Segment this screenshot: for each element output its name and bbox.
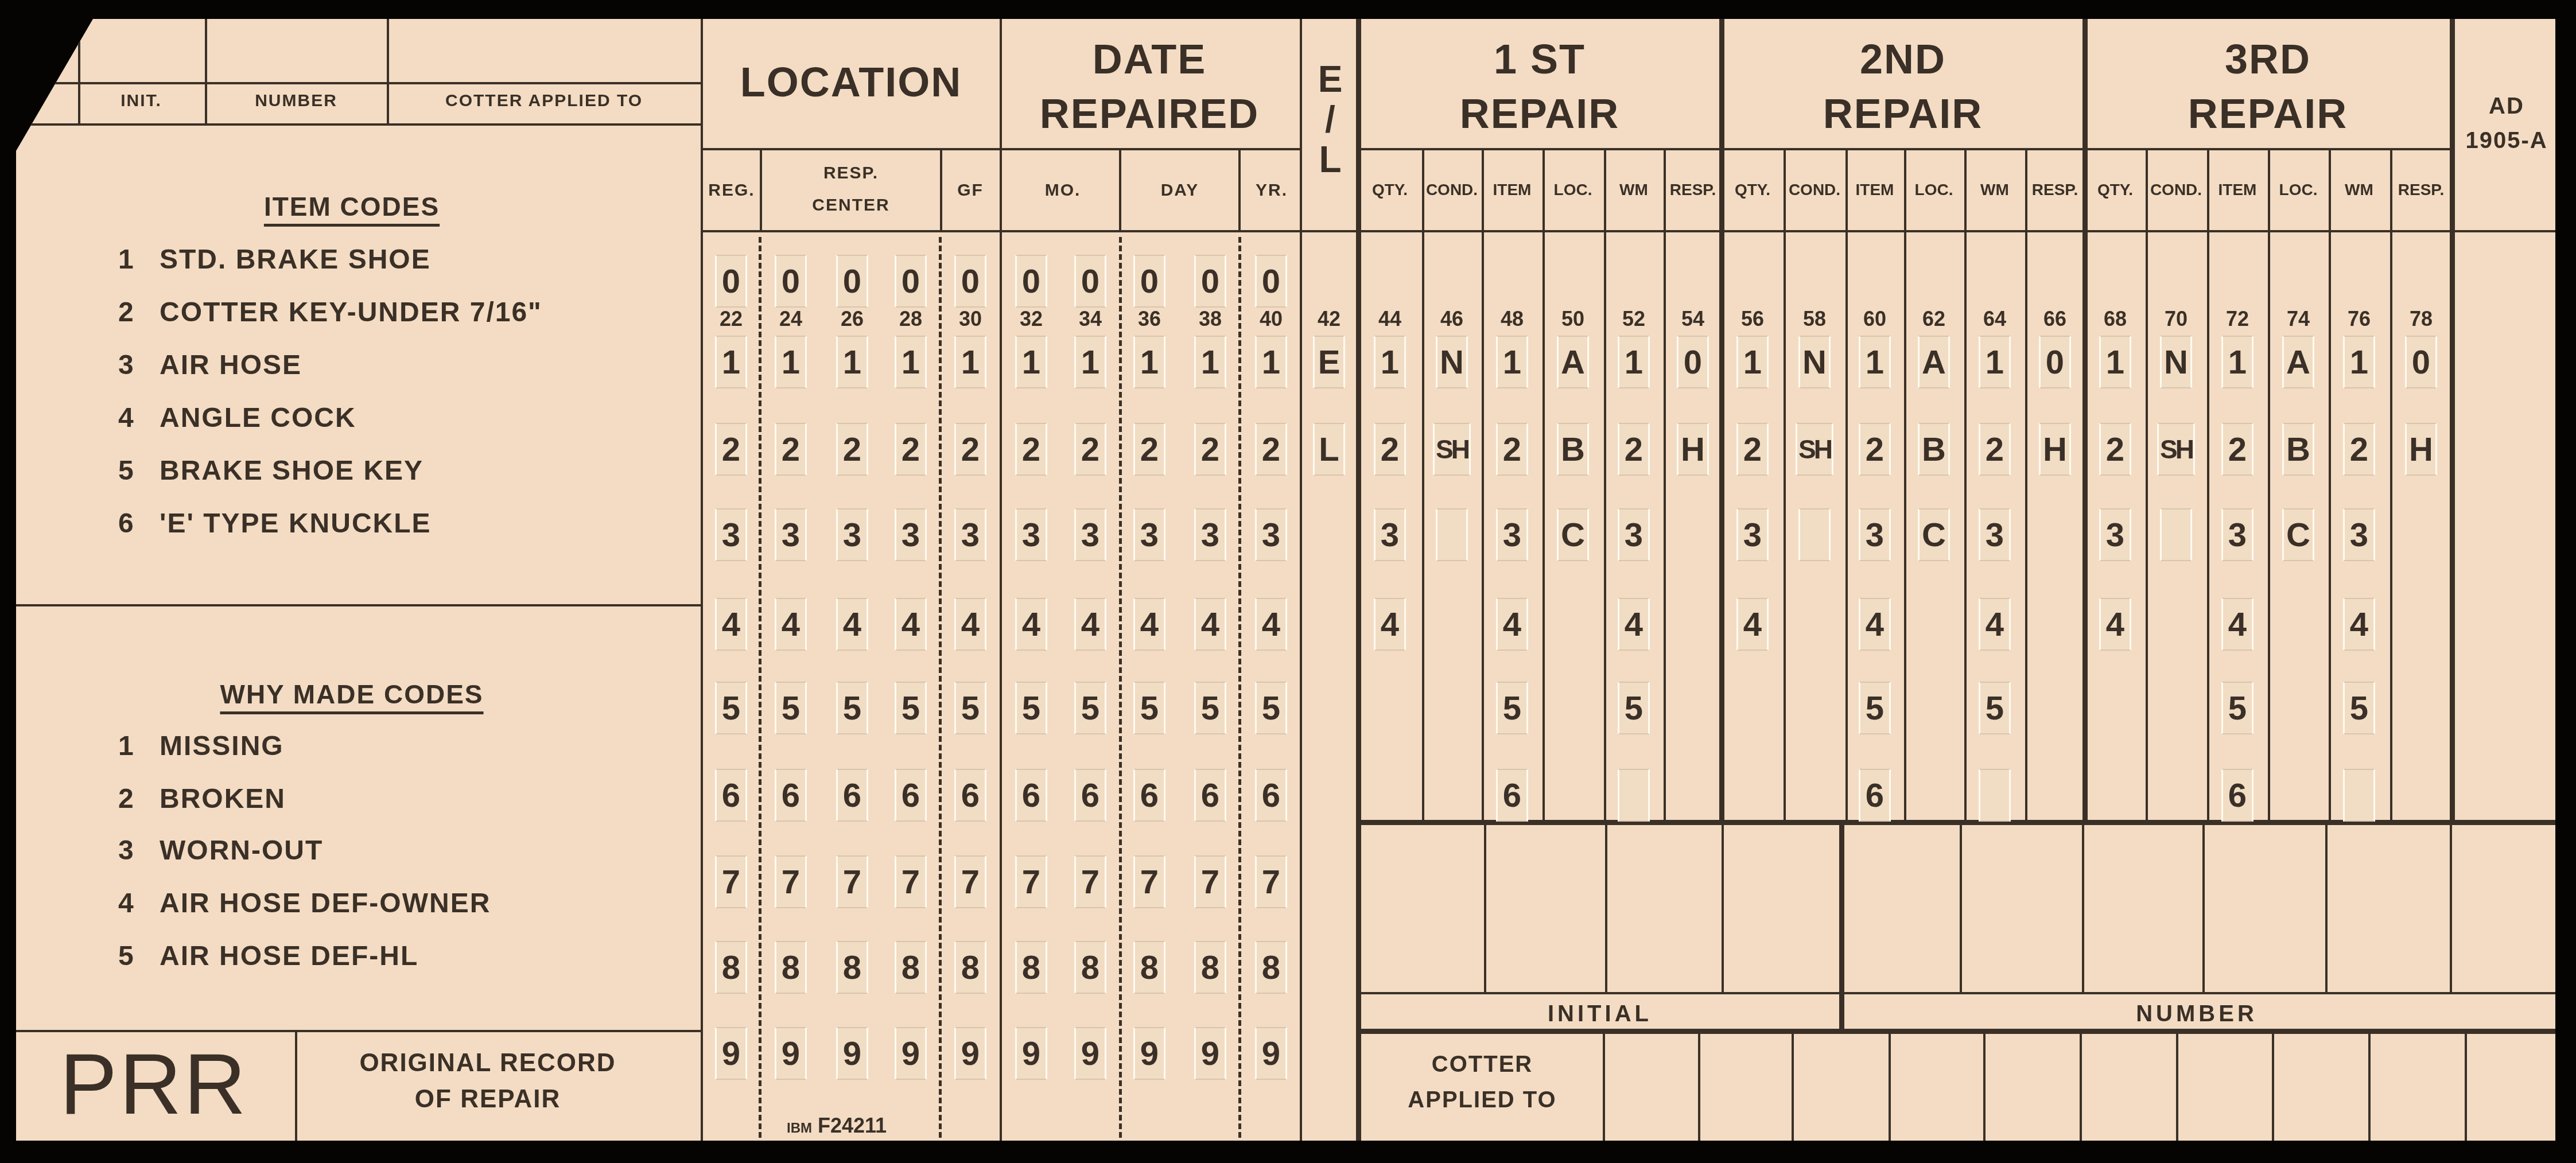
- punch-position: H: [2039, 423, 2071, 476]
- punch-position: [1979, 769, 2011, 822]
- column-number: 36: [1138, 307, 1161, 331]
- punch-position: 5: [2343, 682, 2375, 734]
- punch-position: 5: [2221, 682, 2253, 734]
- item-code-row: 5BRAKE SHOE KEY: [118, 455, 423, 487]
- repair-column-header: QTY.: [1372, 181, 1408, 199]
- gf-label: GF: [957, 181, 984, 200]
- cotter-section-top-line: [1359, 1029, 2555, 1034]
- punch-position: 3: [1133, 508, 1165, 561]
- why-made-codes-title: WHY MADE CODES: [220, 679, 483, 710]
- punch-position: A: [2282, 336, 2314, 388]
- punch-position: 1: [1859, 336, 1891, 388]
- initial-label: INITIAL: [1548, 1001, 1652, 1027]
- punch-position: 1: [954, 336, 986, 388]
- why-made-code-row: 3WORN-OUT: [118, 835, 323, 866]
- punch-position: 4: [1496, 598, 1528, 651]
- column-number: 78: [2410, 307, 2433, 331]
- punch-position: 5: [1859, 682, 1891, 734]
- cotter-header-label: COTTER APPLIED TO: [445, 91, 643, 111]
- repair-1-2-divider: [1719, 19, 1724, 822]
- punch-position: 5: [954, 682, 986, 734]
- punch-position: 5: [1194, 682, 1226, 734]
- repair-column-header: LOC.: [1915, 181, 1953, 199]
- column-number: 26: [841, 307, 864, 331]
- punch-position: 2: [1194, 423, 1226, 476]
- railroad-logo: PRR: [60, 1034, 248, 1134]
- repair-column-divider: [1482, 148, 1484, 821]
- repair-column-divider: [1784, 148, 1786, 821]
- reg-divider: [760, 148, 762, 231]
- punch-position: 4: [1015, 598, 1047, 651]
- punch-position: 2: [715, 423, 747, 476]
- punch-position: L: [1313, 423, 1345, 476]
- punch-position: 3: [1015, 508, 1047, 561]
- punch-position: 2: [775, 423, 807, 476]
- punch-position: 1: [715, 336, 747, 388]
- cotter-cell-divider: [2176, 1033, 2178, 1141]
- day-label: DAY: [1161, 181, 1199, 200]
- repair-column-divider: [1604, 148, 1606, 821]
- punch-position: 3: [2099, 508, 2131, 561]
- repair-column-divider: [1422, 148, 1424, 821]
- repair-column-header: RESP.: [2032, 181, 2078, 199]
- column-number: 32: [1020, 307, 1043, 331]
- initial-number-divider: [1839, 822, 1844, 1033]
- punch-position: 8: [1015, 941, 1047, 994]
- punch-position: 8: [1074, 941, 1106, 994]
- punch-position: 0: [1677, 336, 1709, 388]
- punch-position: 0: [775, 255, 807, 308]
- punch-position: B: [1557, 423, 1589, 476]
- repair-column-divider: [2025, 148, 2027, 821]
- punch-position: 7: [715, 855, 747, 908]
- punch-position: 9: [836, 1027, 868, 1080]
- punch-position: 4: [1374, 598, 1406, 651]
- punch-position: 4: [895, 598, 927, 651]
- punch-position: H: [1677, 423, 1709, 476]
- record-title-line1: ORIGINAL RECORD: [359, 1049, 616, 1078]
- punch-position: 1: [2221, 336, 2253, 388]
- punch-position: 7: [1133, 855, 1165, 908]
- location-title: LOCATION: [740, 59, 962, 106]
- number-label: NUMBER: [2136, 1001, 2258, 1027]
- item-code-row: 2COTTER KEY-UNDER 7/16": [118, 297, 542, 328]
- punch-position: 1: [1194, 336, 1226, 388]
- punch-position: 4: [1255, 598, 1287, 651]
- punch-position: 9: [1133, 1027, 1165, 1080]
- repair-column-header: QTY.: [1735, 181, 1770, 199]
- printer-mark: IBM F24211: [787, 1114, 887, 1138]
- repair-column-divider: [1964, 148, 1967, 821]
- punch-position: 0: [1255, 255, 1287, 308]
- punch-position: 9: [895, 1027, 927, 1080]
- punch-position: 3: [1374, 508, 1406, 561]
- punch-position: 4: [1979, 598, 2011, 651]
- reg-dash-separator: [759, 237, 761, 1138]
- column-number: 24: [779, 307, 802, 331]
- repair-2-title-line1: 2ND: [1860, 36, 1946, 83]
- punch-position: 4: [1074, 598, 1106, 651]
- repair-column-header: ITEM: [1856, 181, 1894, 199]
- punch-position: 0: [1133, 255, 1165, 308]
- item-code-row: 4ANGLE COCK: [118, 402, 356, 434]
- cotter-cell-divider: [1603, 1033, 1605, 1141]
- punch-position: 6: [1015, 769, 1047, 822]
- left-panel-border: [701, 19, 703, 1141]
- why-made-code-row: 2BROKEN: [118, 783, 286, 815]
- repair-column-header: RESP.: [2398, 181, 2444, 199]
- column-number: 66: [2043, 307, 2066, 331]
- punch-position: 3: [1496, 508, 1528, 561]
- column-number: 42: [1318, 307, 1341, 331]
- punch-position: 2: [1074, 423, 1106, 476]
- punch-position: 1: [895, 336, 927, 388]
- punch-position: 3: [2221, 508, 2253, 561]
- punch-position: 3: [715, 508, 747, 561]
- punch-position: 3: [1618, 508, 1650, 561]
- punch-position: 6: [2221, 769, 2253, 822]
- punch-position: 8: [895, 941, 927, 994]
- repair-2-3-divider: [2082, 19, 2088, 822]
- punch-position: 2: [1859, 423, 1891, 476]
- initial-number-label-top: [1359, 992, 2555, 994]
- punch-position: 2: [1255, 423, 1287, 476]
- punch-position: 7: [895, 855, 927, 908]
- punch-position: 3: [775, 508, 807, 561]
- punch-position: 3: [836, 508, 868, 561]
- why-made-code-row: 5AIR HOSE DEF-HL: [118, 940, 418, 972]
- cotter-label-line2: APPLIED TO: [1408, 1087, 1556, 1113]
- cotter-divider: [387, 19, 389, 125]
- cotter-cell-divider: [2080, 1033, 2082, 1141]
- punch-position: 6: [836, 769, 868, 822]
- punch-position: [1798, 508, 1831, 561]
- cotter-cell-divider: [1792, 1033, 1794, 1141]
- repair-column-header: WM: [2345, 181, 2373, 199]
- punch-position: 8: [775, 941, 807, 994]
- item-code-row: 6'E' TYPE KNUCKLE: [118, 508, 432, 539]
- column-number: 70: [2165, 307, 2188, 331]
- punch-position: 2: [895, 423, 927, 476]
- punch-position: 5: [1979, 682, 2011, 734]
- punch-position: 6: [1074, 769, 1106, 822]
- punch-position: [1436, 508, 1468, 561]
- init-header-label: INIT.: [121, 91, 162, 111]
- column-header-bottom-line: [702, 230, 2555, 232]
- repair-column-header: ITEM: [2218, 181, 2257, 199]
- punch-position: 2: [2221, 423, 2253, 476]
- column-number: 64: [1983, 307, 2006, 331]
- punch-position: 2: [836, 423, 868, 476]
- resp-label: RESP.: [823, 164, 879, 183]
- punch-position: N: [2160, 336, 2192, 388]
- punch-position: 7: [1015, 855, 1047, 908]
- number-header-label: NUMBER: [255, 91, 337, 111]
- punch-position: 1: [836, 336, 868, 388]
- punch-position: 9: [775, 1027, 807, 1080]
- punch-position: 4: [715, 598, 747, 651]
- center-label: CENTER: [812, 196, 889, 215]
- repair-column-divider: [1543, 148, 1545, 821]
- punch-position: B: [1918, 423, 1950, 476]
- punch-position: 6: [1194, 769, 1226, 822]
- punch-position: 1: [1736, 336, 1769, 388]
- prr-top-line: [16, 1030, 703, 1032]
- cotter-cell-divider: [2272, 1033, 2274, 1141]
- form-code-label: 1905-A: [2465, 128, 2547, 154]
- punch-position: C: [2282, 508, 2314, 561]
- column-number: 48: [1501, 307, 1524, 331]
- resp-divider: [940, 148, 942, 231]
- column-number: 38: [1199, 307, 1222, 331]
- mo-divider: [1119, 148, 1121, 231]
- item-codes-title: ITEM CODES: [264, 191, 440, 222]
- punch-position: N: [1798, 336, 1831, 388]
- repair-column-divider: [2268, 148, 2270, 821]
- punch-position: 9: [1015, 1027, 1047, 1080]
- punch-position: 4: [1618, 598, 1650, 651]
- repair-3-title-line1: 3RD: [2225, 36, 2311, 83]
- el-letter-l: L: [1313, 139, 1347, 180]
- repair-column-divider: [2207, 148, 2209, 821]
- column-number: 60: [1863, 307, 1886, 331]
- punch-position: 9: [1255, 1027, 1287, 1080]
- punch-position: 0: [1194, 255, 1226, 308]
- punch-position: [1618, 769, 1650, 822]
- repair-2-title-line2: REPAIR: [1823, 91, 1983, 138]
- number-cell-divider: [2202, 822, 2205, 992]
- init-divider: [78, 19, 80, 125]
- punch-position: 5: [1074, 682, 1106, 734]
- punch-position: SH: [1796, 423, 1833, 476]
- date-title-line1: DATE: [1093, 36, 1207, 83]
- punch-position: 4: [1736, 598, 1769, 651]
- repair-column-header: ITEM: [1493, 181, 1532, 199]
- punch-position: 2: [1015, 423, 1047, 476]
- punch-position: N: [1436, 336, 1468, 388]
- punch-position: 2: [1979, 423, 2011, 476]
- punch-position: C: [1557, 508, 1589, 561]
- punch-position: 1: [775, 336, 807, 388]
- number-cell-divider: [1960, 822, 1962, 992]
- number-divider: [205, 19, 207, 125]
- item-code-row: 1STD. BRAKE SHOE: [118, 244, 431, 275]
- column-number: 50: [1561, 307, 1584, 331]
- punch-position: 1: [2099, 336, 2131, 388]
- punch-position: 5: [775, 682, 807, 734]
- punch-position: E: [1313, 336, 1345, 388]
- punch-position: [2343, 769, 2375, 822]
- punch-position: 4: [1859, 598, 1891, 651]
- cotter-cell-divider: [2368, 1033, 2371, 1141]
- cotter-label-line1: COTTER: [1432, 1052, 1533, 1078]
- cotter-cell-divider: [1889, 1033, 1891, 1141]
- repair-column-divider: [2329, 148, 2331, 821]
- repair-column-header: LOC.: [1554, 181, 1592, 199]
- repair-column-header: COND.: [1426, 181, 1478, 199]
- punch-position: H: [2405, 423, 2437, 476]
- punch-position: 5: [895, 682, 927, 734]
- repair-column-header: COND.: [2150, 181, 2202, 199]
- punch-position: C: [1918, 508, 1950, 561]
- punch-position: 5: [1255, 682, 1287, 734]
- el-letter-e: E: [1313, 59, 1347, 99]
- initial-cell-divider: [1722, 822, 1724, 992]
- column-number: 22: [720, 307, 743, 331]
- punch-position: 2: [954, 423, 986, 476]
- punch-position: 7: [836, 855, 868, 908]
- punch-position: 6: [1255, 769, 1287, 822]
- punch-position: 6: [775, 769, 807, 822]
- date-title-line2: REPAIRED: [1040, 91, 1260, 138]
- punch-position: 7: [954, 855, 986, 908]
- punch-position: 0: [2039, 336, 2071, 388]
- repair-1-title-line2: REPAIR: [1460, 91, 1620, 138]
- repair-column-divider: [2146, 148, 2148, 821]
- punch-position: 6: [715, 769, 747, 822]
- repair-column-divider: [1904, 148, 1906, 821]
- punch-position: SH: [1433, 423, 1471, 476]
- punch-position: 1: [1074, 336, 1106, 388]
- prr-divider: [295, 1031, 297, 1141]
- punch-position: 8: [1194, 941, 1226, 994]
- punch-position: 4: [775, 598, 807, 651]
- repair-column-header: LOC.: [2279, 181, 2318, 199]
- punch-position: 7: [1255, 855, 1287, 908]
- day-dash-separator: [1238, 237, 1241, 1138]
- column-number: 34: [1079, 307, 1102, 331]
- punch-position: 7: [775, 855, 807, 908]
- column-number: 30: [959, 307, 982, 331]
- punch-position: 1: [1133, 336, 1165, 388]
- punch-position: 3: [1194, 508, 1226, 561]
- punch-position: 2: [1618, 423, 1650, 476]
- punch-position: 0: [895, 255, 927, 308]
- punch-position: 2: [1496, 423, 1528, 476]
- punch-position: 4: [2099, 598, 2131, 651]
- codes-divider: [16, 604, 703, 606]
- punch-position: 5: [715, 682, 747, 734]
- printer-prefix: IBM: [787, 1121, 812, 1136]
- cotter-cell-divider: [2465, 1033, 2467, 1141]
- initial-cell-divider: [1484, 822, 1486, 992]
- punch-position: 1: [1979, 336, 2011, 388]
- punch-position: 4: [2221, 598, 2253, 651]
- item-code-row: 3AIR HOSE: [118, 349, 302, 381]
- punch-position: 1: [1496, 336, 1528, 388]
- punch-position: 1: [1015, 336, 1047, 388]
- column-number: 40: [1260, 307, 1283, 331]
- punch-position: 3: [895, 508, 927, 561]
- repair-column-header: WM: [1619, 181, 1648, 199]
- punch-position: B: [2282, 423, 2314, 476]
- record-title-line2: OF REPAIR: [415, 1085, 561, 1114]
- punch-position: 1: [1618, 336, 1650, 388]
- punch-position: 9: [954, 1027, 986, 1080]
- punch-position: 8: [1255, 941, 1287, 994]
- punch-position: 8: [836, 941, 868, 994]
- location-date-divider: [1000, 19, 1002, 1141]
- header-bottom-line: [16, 123, 703, 126]
- punch-position: 3: [954, 508, 986, 561]
- punch-position: 0: [836, 255, 868, 308]
- column-number: 68: [2104, 307, 2127, 331]
- punch-position: 5: [1496, 682, 1528, 734]
- repair-column-header: RESP.: [1670, 181, 1716, 199]
- column-number: 56: [1741, 307, 1764, 331]
- repair-column-header: COND.: [1789, 181, 1840, 199]
- location-date-subheader-line: [702, 148, 1301, 150]
- punch-position: 3: [2343, 508, 2375, 561]
- punch-position: 3: [1859, 508, 1891, 561]
- punch-position: 3: [1255, 508, 1287, 561]
- column-number: 74: [2287, 307, 2310, 331]
- printer-code: F24211: [818, 1114, 887, 1137]
- ibm-punch-card: INIT. NUMBER COTTER APPLIED TO ITEM CODE…: [16, 19, 2555, 1141]
- punch-position: 1: [1374, 336, 1406, 388]
- initial-cell-divider: [1605, 822, 1607, 992]
- number-cell-divider: [2082, 822, 2084, 992]
- punch-position: 1: [1255, 336, 1287, 388]
- mo-dash-separator: [1119, 237, 1122, 1138]
- punch-position: 2: [2343, 423, 2375, 476]
- punch-position: 5: [1618, 682, 1650, 734]
- punch-position: 2: [1374, 423, 1406, 476]
- punch-position: 3: [1979, 508, 2011, 561]
- column-number: 28: [899, 307, 922, 331]
- column-number: 62: [1922, 307, 1945, 331]
- repair-column-divider: [1664, 148, 1666, 821]
- punch-position: 4: [954, 598, 986, 651]
- column-number: 58: [1803, 307, 1826, 331]
- punch-position: 4: [1133, 598, 1165, 651]
- punch-position: 4: [2343, 598, 2375, 651]
- punch-position: 6: [1859, 769, 1891, 822]
- day-divider: [1238, 148, 1241, 231]
- cotter-cell-divider: [1983, 1033, 1986, 1141]
- ad-label: AD: [2489, 94, 2524, 119]
- repair-column-divider: [1845, 148, 1848, 821]
- punch-position: 4: [1194, 598, 1226, 651]
- why-made-code-row: 1MISSING: [118, 730, 284, 762]
- punch-position: 0: [715, 255, 747, 308]
- number-cell-divider: [2450, 822, 2452, 992]
- repair-3-title-line2: REPAIR: [2188, 91, 2348, 138]
- punch-position: 6: [895, 769, 927, 822]
- punch-position: A: [1557, 336, 1589, 388]
- punch-position: 9: [715, 1027, 747, 1080]
- column-number: 44: [1378, 307, 1401, 331]
- punch-position: 2: [2099, 423, 2131, 476]
- punch-position: 0: [1015, 255, 1047, 308]
- punch-position: 4: [836, 598, 868, 651]
- punch-position: 6: [1496, 769, 1528, 822]
- punch-position: 8: [1133, 941, 1165, 994]
- column-number: 52: [1622, 307, 1645, 331]
- punch-position: 5: [1015, 682, 1047, 734]
- repair-1-title-line1: 1 ST: [1494, 36, 1586, 83]
- punch-position: 9: [1074, 1027, 1106, 1080]
- reg-label: REG.: [708, 181, 755, 200]
- punch-position: A: [1918, 336, 1950, 388]
- el-letter-slash: /: [1313, 99, 1347, 139]
- resp-dash-separator: [939, 237, 942, 1138]
- punch-position: SH: [2157, 423, 2195, 476]
- punch-position: 1: [2343, 336, 2375, 388]
- punch-position: [2160, 508, 2192, 561]
- punch-position: 3: [1736, 508, 1769, 561]
- mo-label: MO.: [1045, 181, 1081, 200]
